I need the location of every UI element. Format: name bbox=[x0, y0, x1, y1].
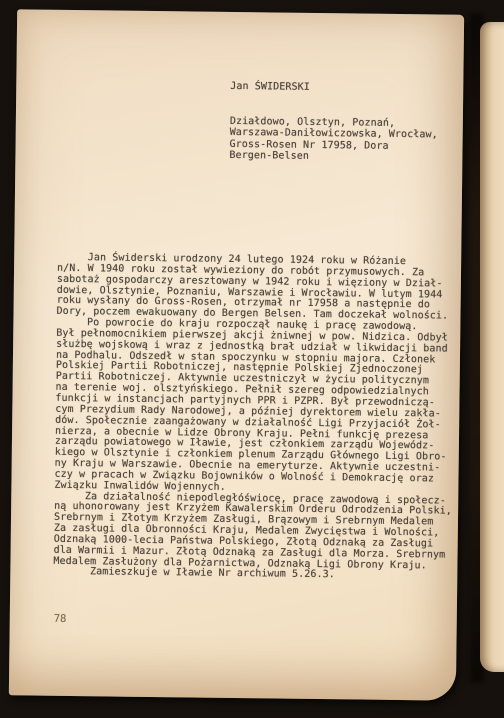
body-text: Jan Świderski urodzony 24 lutego 1924 ro… bbox=[53, 253, 455, 583]
book-page: Jan ŚWIDERSKI Działdowo, Olsztyn, Poznań… bbox=[9, 9, 464, 700]
scanned-photo: Jan ŚWIDERSKI Działdowo, Olsztyn, Poznań… bbox=[0, 0, 504, 718]
person-name: Jan ŚWIDERSKI bbox=[230, 81, 438, 95]
header-block: Jan ŚWIDERSKI Działdowo, Olsztyn, Poznań… bbox=[229, 58, 439, 187]
person-locations: Działdowo, Olsztyn, Poznań, Warszawa-Dan… bbox=[229, 115, 438, 164]
page-number: 78 bbox=[54, 613, 67, 625]
next-page-edge bbox=[480, 22, 504, 672]
